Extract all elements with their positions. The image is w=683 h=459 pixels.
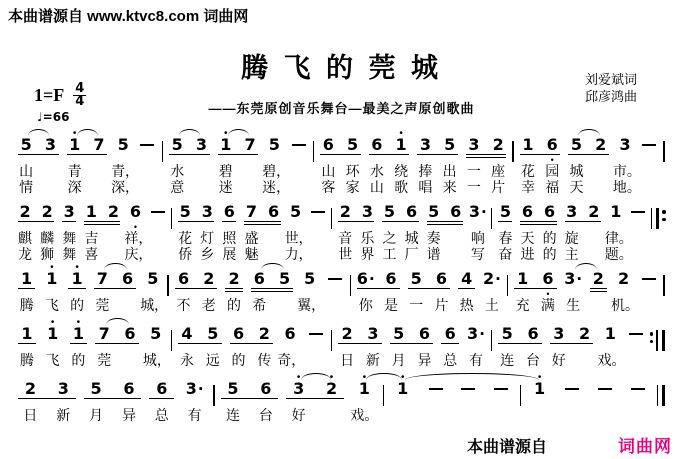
note: 5 [200,321,226,343]
note: 2 [251,321,277,343]
lyric-syllable: 水 [165,163,189,179]
note-group: •1飞 [40,321,66,368]
lyric-syllable [262,230,284,246]
note-group: •1 [523,376,556,423]
lyric-syllable: 力， [285,246,307,262]
note: 5 [143,321,169,343]
lyric-syllable: 片 [429,297,454,313]
lyric-syllable: 生 [561,297,586,313]
note: 5 [272,266,297,288]
barline [649,199,667,229]
lyric-syllable: 戏。 [597,352,623,368]
duration-dash [429,388,443,390]
note-number: 1 [63,137,87,154]
note-group: •1 [386,376,419,423]
note-group: 53山情 [14,132,63,195]
lyric-syllable: 花 [516,163,540,179]
note-number: 5 [165,137,189,154]
note-group: 76盛魅 [240,199,284,262]
note: 2 [589,132,613,154]
lyric-syllable: 莞 [90,297,115,313]
note: 3 [196,199,218,221]
note [147,199,169,221]
note: 6 [540,132,564,154]
lyric-syllable: 盛 [240,230,262,246]
lyric-syllable: 的 [66,352,92,368]
note-group [452,376,485,423]
lyric-syllable: 总 [437,352,463,368]
note: 2 [102,199,124,221]
lyric-syllable [386,407,419,423]
note: 6 [516,199,538,221]
lyric-syllable: 天 [564,179,588,195]
note: 5 [165,132,189,154]
note-number: 1 [386,381,419,398]
lyric-syllable: 戏。 [348,407,381,423]
note-number: 6 [535,271,560,288]
note: 7 [240,199,262,221]
note: 6 [247,266,272,288]
lyric-syllable: 老 [196,297,221,313]
lyric-syllable: 律。 [605,230,627,246]
lyric-syllable [322,297,347,313]
note: 5 [378,199,400,221]
note-number: 5 [140,271,165,288]
note-number: 1 [64,271,89,288]
note-group: •1戏。 [348,376,381,423]
duration-dash [631,211,645,213]
lyric-syllable [135,179,159,195]
lyric-syllable: 城 [564,163,588,179]
lyric-syllable: 永 [174,352,200,368]
lyric-syllable: 一 [462,179,486,195]
score-line: 53山情•17青深5青，深，53水意•17碧迷5碧，迷，65山环客家6•1水绕山… [14,128,667,195]
lyric-syllable: 进 [516,246,538,262]
lyric-syllable: 新 [47,407,80,423]
note: 3 [356,199,378,221]
lyric-syllable: 谱 [423,246,445,262]
note-number: 5 [143,326,169,343]
lyric-syllable: 舞 [58,230,80,246]
note: 3 [613,132,637,154]
lyric-syllable: 祥， [124,230,146,246]
note [485,376,518,398]
note-group: 76莞 [90,266,140,313]
note-group: 5青，深， [111,132,135,195]
lyric-syllable: 狮 [36,246,58,262]
lyric-syllable [303,352,329,368]
lyric-syllable: 灯 [196,230,218,246]
lyric-syllable: 热 [454,297,479,313]
tempo-marking: ♩=66 [37,110,86,124]
note-number: 6 [145,381,178,398]
note-number: 5 [423,204,445,221]
note: 2 [221,266,246,288]
note-number: 7 [87,137,111,154]
lyric-syllable: 满 [535,297,560,313]
note: 6 [429,266,454,288]
note-number: 5 [564,137,588,154]
lyric-syllable [147,246,169,262]
footer-source-notice: 本曲谱源自 [467,434,547,457]
note-group [636,266,661,313]
lyric-syllable: 城， [140,297,165,313]
lyric-syllable: 舞 [58,246,80,262]
note-number: 3 [462,137,486,154]
note-group: 66天的进的 [516,199,560,262]
note-number: 6 [437,326,463,343]
augmentation-dot: · [198,380,204,398]
note-number: 5 [262,137,286,154]
note-number: 2 [221,271,246,288]
note-group [623,321,649,368]
lyric-syllable: 月 [80,407,113,423]
note: 5 [438,132,462,154]
lyric-syllable [272,297,297,313]
lyric-syllable: 世 [334,246,356,262]
note-number: 2 [586,271,611,288]
note-group [286,132,310,195]
note: 2 [14,199,36,221]
note: 2 [586,266,611,288]
note-number: 6 [445,204,467,221]
note: 1 [14,266,39,288]
note-number: 1 [605,204,627,221]
note-number: 6 [247,271,272,288]
note-number: 7 [90,271,115,288]
lyric-syllable: 界 [356,246,378,262]
lyric-syllable [102,246,124,262]
lyric-syllable: 有 [463,352,489,368]
lyric-syllable: 乡 [196,246,218,262]
lyric-syllable: 山 [316,163,340,179]
lyric-syllable: 碧 [214,163,238,179]
note: 3· [463,321,489,343]
note-group [637,132,661,195]
note-number: 5 [404,271,429,288]
lyric-syllable: 乐 [356,230,378,246]
note: 3 [360,321,386,343]
note-number: 3 [38,137,62,154]
lyric-syllable: 花 [174,230,196,246]
note-number: 2· [479,271,504,288]
lyric-syllable [589,163,613,179]
note-number: 2 [36,204,58,221]
note: •1 [39,266,64,288]
duration-dash [629,333,643,335]
lyric-syllable: 连 [217,407,250,423]
lyric-syllable [262,246,284,262]
note-number: 1 [66,326,92,343]
note-number: 2 [486,137,510,154]
note-number: 6 [401,204,423,221]
lyric-syllable: 总 [145,407,178,423]
repeat-dots [662,210,666,229]
note-number: 2 [572,326,598,343]
note-number [636,271,661,288]
lyric-syllable [307,246,329,262]
note: 3 [462,132,486,154]
note: 5 [564,132,588,154]
note [307,199,329,221]
lyric-syllable: 工 [378,246,400,262]
note: 2 [334,321,360,343]
note-number: 5 [80,381,113,398]
lyric-syllable: 飞 [39,297,64,313]
lyric-syllable: 出 [438,163,462,179]
note: •1 [523,376,556,398]
note-number: 6 [365,137,389,154]
lyric-syllable [523,407,556,423]
lyric-syllable: 歌 [389,179,413,195]
note-group: 1戏。 [597,321,623,368]
note-number: 6 [412,326,438,343]
note-group: •3•2好 [282,376,348,423]
note-group: 1腾 [14,321,40,368]
note-group: 65山环客家 [316,132,365,195]
note: 5 [111,132,135,154]
lyric-syllable: 莞 [91,352,117,368]
lyric-syllable: 连 [494,352,520,368]
note-number: 1 [348,381,381,398]
note: 7 [90,266,115,288]
note: 7 [87,132,111,154]
note: 6 [277,321,303,343]
lyric-syllable [419,407,452,423]
note-number: 2 [334,326,360,343]
note-number: 2 [589,137,613,154]
note-number [556,381,589,398]
lyric-syllable [315,407,348,423]
lyric-syllable: 奇， [277,352,303,368]
note-number: 1 [80,204,102,221]
note: 2 [611,266,636,288]
note: 3 [413,132,437,154]
note-number: 5 [438,137,462,154]
note: 3 [38,132,62,154]
site-brand: 词曲网 [618,432,672,457]
note-number: 5 [200,326,226,343]
note: 6 [520,321,546,343]
score-line: 22麒麟龙狮3舞舞12吉喜6•祥，庆，53花灯侨乡6照展76盛魅5世，力，23音… [14,195,667,262]
lyric-syllable: 写 [467,246,489,262]
lyric-syllable: 的 [221,297,246,313]
note: 5 [285,199,307,221]
note-group: 5城， [140,266,165,313]
lyric-syllable: 主 [561,246,583,262]
note: •3 [282,376,315,398]
note-group: 45永远 [174,321,226,368]
lyric-syllable: 远 [200,352,226,368]
note: 6 [316,132,340,154]
note: 6 [412,321,438,343]
lyric-syllable [189,163,213,179]
note-number [286,137,310,154]
note: •1 [214,132,238,154]
note: 6 [445,199,467,221]
lyric-syllable: 好 [282,407,315,423]
lyric-syllable: 一 [462,163,486,179]
note [622,376,655,398]
lyric-syllable: 希 [247,297,272,313]
song-subtitle: ——东莞原创音乐舞台—最美之声原创歌曲 [0,98,683,117]
note-number [637,137,661,154]
note-group: 32一座一片 [462,132,511,195]
lyric-syllable: 的 [539,230,561,246]
duration-dash [565,388,579,390]
note-group: 23日新 [334,321,386,368]
note-number: 3 [58,204,80,221]
note: •1 [66,321,92,343]
note-group: 4热 [454,266,479,313]
lyric-syllable: 腾 [14,297,39,313]
augmentation-dot: · [369,270,375,288]
lyric-syllable [583,230,605,246]
duration-dash [642,278,656,280]
note-number: 7 [240,204,262,221]
note: 5 [340,132,364,154]
repeat-dots [650,332,654,351]
note-number: 1 [516,137,540,154]
lyric-syllable: 台 [520,352,546,368]
note: 1 [597,321,623,343]
lyric-syllable: 喜 [80,246,102,262]
note: 1 [510,266,535,288]
lyricist-credit: 刘爱斌词 [585,71,637,88]
lyric-syllable: 深 [63,179,87,195]
note-number: 6 [115,271,140,288]
note: •1 [348,376,381,398]
lyric-syllable: 翼， [297,297,322,313]
note-number [485,381,518,398]
lyric-syllable: 异 [412,352,438,368]
note: 6 [117,321,143,343]
note: 3· [467,199,489,221]
note-number [135,137,159,154]
note-group [419,376,452,423]
lyric-syllable [452,407,485,423]
note: 4 [454,266,479,288]
note-group [135,132,159,195]
note-group: 1腾 [14,266,39,313]
note: 6 [437,321,463,343]
lyric-syllable: 麟 [36,230,58,246]
note-group: 56月异 [386,321,438,368]
lyric-syllable: 传 [251,352,277,368]
note: 6 [262,199,284,221]
lyric-syllable: 家 [340,179,364,195]
time-signature: 4 4 [73,83,86,108]
lyric-syllable [38,163,62,179]
note-group: 2·土 [479,266,504,313]
lyric-syllable: 好 [546,352,572,368]
note: 3 [47,376,80,398]
note [623,321,649,343]
lyric-syllable [38,179,62,195]
note: 6 [145,376,178,398]
lyric-syllable: 碧， [262,163,286,179]
note-number: 3 [196,204,218,221]
note-group: 56连台 [217,376,283,423]
lyric-syllable: 有 [178,407,211,423]
note-group [627,199,649,262]
note: 3 [189,132,213,154]
lyric-syllable [627,246,649,262]
note-number: 5 [285,204,307,221]
note: •1 [63,132,87,154]
note-group: 3·有 [463,321,489,368]
note-group: 2的 [221,266,246,313]
duration-dash [631,388,645,390]
note-number: 2 [102,204,124,221]
lyric-syllable: 新 [360,352,386,368]
note-number: 6 [539,204,561,221]
lyric-syllable [307,230,329,246]
note-group: 3·有 [178,376,211,423]
note [135,132,159,154]
note: 3· [178,376,211,398]
note-group: 6总 [145,376,178,423]
note [286,132,310,154]
lyric-syllable: 照 [218,230,240,246]
lyric-syllable: 旋 [561,230,583,246]
lyric-syllable [589,179,613,195]
note: 6 [218,199,240,221]
lyric-syllable: 捧 [413,163,437,179]
lyric-syllable: 你 [353,297,378,313]
note-number: 3 [613,137,637,154]
note-group: 3市。地。 [613,132,637,195]
note: 3 [546,321,572,343]
note: 5 [386,321,412,343]
note-number [452,381,485,398]
score-line: 1腾•1飞•1的76莞5城，45永远62的传6奇，23日新56月异6总3·有56… [14,317,667,368]
lyric-syllable: 机。 [611,297,636,313]
note-number: 5 [378,204,400,221]
note: 2 [572,321,598,343]
lyric-syllable: 龙 [14,246,36,262]
note: •1 [40,321,66,343]
lyric-syllable: 城 [401,230,423,246]
lyric-syllable: 不 [171,297,196,313]
note: 6 [171,266,196,288]
lyric-syllable [135,163,159,179]
note-number: 6 [262,204,284,221]
lyric-syllable: 福 [540,179,564,195]
lyric-syllable: 迷 [214,179,238,195]
note-number: 4 [454,271,479,288]
note-number: 3 [561,204,583,221]
note: 5 [262,132,286,154]
note-number: 2 [583,204,605,221]
lyric-syllable [102,230,124,246]
note-number: 3 [546,326,572,343]
note-group: 56连台 [494,321,546,368]
note-number: 3 [356,204,378,221]
note: 6· [353,266,378,288]
note-number: 2 [14,381,47,398]
note: •1 [386,376,419,398]
barline [649,321,667,351]
note-number: 5 [111,137,135,154]
note-number: 1 [14,326,40,343]
note-group: 5翼， [297,266,322,313]
note-number: 5 [494,326,520,343]
lyric-syllable [586,297,611,313]
lyric-syllable [572,352,598,368]
note-group: 35捧出唱来 [413,132,462,195]
lyric-syllable: 客 [316,179,340,195]
